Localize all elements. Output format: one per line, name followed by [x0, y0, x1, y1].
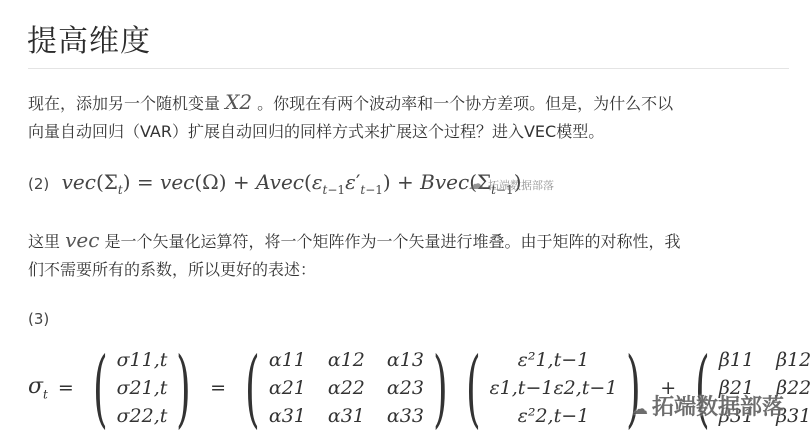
left-paren: (	[93, 346, 108, 430]
equals-sign: =	[58, 377, 74, 399]
matrix-cell: α12	[328, 347, 365, 373]
wechat-icon: ☁	[632, 399, 648, 418]
paragraph-add-variable: 现在，添加另一个随机变量 X2 。你现在有两个波动率和一个协方差项。但是，为什么…	[28, 88, 673, 146]
matrix-cell: ε²2,t−1	[489, 403, 617, 429]
matrix-cell: α23	[387, 375, 424, 401]
matrix-cell: ε1,t−1ε2,t−1	[489, 375, 617, 401]
watermark-text: 拓端数据部落	[488, 179, 554, 192]
epsilon-vector: ε²1,t−1 ε1,t−1ε2,t−1 ε²2,t−1	[489, 347, 617, 429]
paragraph-vec-operator: 这里 vec 是一个矢量化运算符，将一个矩阵作为一个矢量进行堆叠。由于矩阵的对称…	[28, 226, 681, 284]
watermark-small: ☁拓端数据部落	[468, 174, 554, 193]
watermark-large: ☁拓端数据部落	[632, 390, 784, 421]
matrix-cell: σ22,t	[117, 403, 168, 429]
paragraph-text: 。你现在有两个波动率和一个协方差项。但是，为什么不以	[252, 94, 673, 113]
sigma-vector: σ11,t σ21,t σ22,t	[117, 347, 168, 429]
title-divider	[28, 68, 789, 69]
matrix-cell: β12	[776, 347, 810, 373]
equation-formula: vec(Σt) = vec(Ω) + Avec(εt−1ε′t−1) + Bve…	[62, 170, 522, 194]
paragraph-text: 是一个矢量化运算符，将一个矩阵作为一个矢量进行堆叠。由于矩阵的对称性，我	[99, 232, 680, 251]
matrix-cell: σ11,t	[117, 347, 168, 373]
paragraph-text: 现在，添加另一个随机变量	[28, 94, 225, 113]
matrix-cell: α31	[328, 403, 365, 429]
section-title: 提高维度	[27, 22, 151, 62]
math-variable-vec: vec	[65, 228, 99, 252]
matrix-cell: ε²1,t−1	[489, 347, 617, 373]
matrix-cell: β11	[719, 347, 754, 373]
equation-number: (3)	[28, 310, 49, 328]
right-paren: )	[433, 346, 448, 430]
math-variable-x2: X2	[225, 90, 252, 114]
matrix-cell: α13	[387, 347, 424, 373]
matrix-cell: σ21,t	[117, 375, 168, 401]
paragraph-line: 现在，添加另一个随机变量 X2 。你现在有两个波动率和一个协方差项。但是，为什么…	[28, 88, 673, 118]
paragraph-line: 向量自动回归（VAR）扩展自动回归的同样方式来扩展这个过程？进入VEC模型。	[28, 118, 673, 146]
paragraph-line: 们不需要所有的系数，所以更好的表述：	[28, 256, 681, 284]
document-page: 提高维度 现在，添加另一个随机变量 X2 。你现在有两个波动率和一个协方差项。但…	[0, 0, 810, 444]
equation-lhs: σt	[28, 374, 48, 401]
wechat-icon: ☁	[468, 174, 484, 193]
left-paren: (	[245, 346, 260, 430]
matrix-cell: α21	[269, 375, 306, 401]
watermark-text: 拓端数据部落	[652, 395, 784, 420]
equation-number: (2)	[28, 175, 49, 193]
matrix-cell: α31	[269, 403, 306, 429]
equals-sign: =	[210, 377, 226, 399]
equation-2: (2) vec(Σt) = vec(Ω) + Avec(εt−1ε′t−1) +…	[28, 170, 522, 197]
matrix-cell: α22	[328, 375, 365, 401]
paragraph-line: 这里 vec 是一个矢量化运算符，将一个矩阵作为一个矢量进行堆叠。由于矩阵的对称…	[28, 226, 681, 256]
right-paren: )	[176, 346, 191, 430]
left-paren: (	[466, 346, 481, 430]
alpha-matrix: α11 α12 α13 α21 α22 α23 α31 α31 α33	[269, 347, 424, 429]
matrix-cell: α33	[387, 403, 424, 429]
matrix-cell: α11	[269, 347, 306, 373]
paragraph-text: 这里	[28, 232, 65, 251]
